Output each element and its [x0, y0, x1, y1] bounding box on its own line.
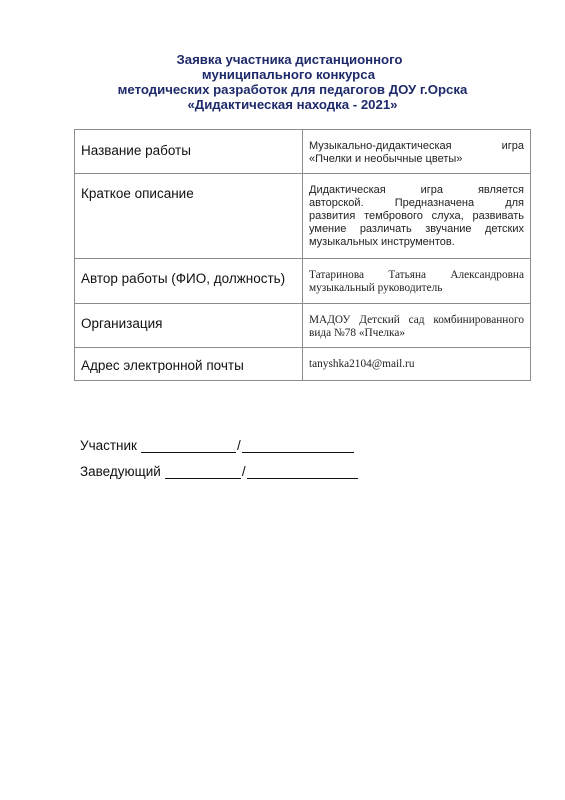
row-value-description: Дидактическая игра является авторской. П…	[303, 174, 531, 259]
row-label-email: Адрес электронной почты	[75, 348, 303, 381]
row-value-email: tanyshka2104@mail.ru	[303, 348, 531, 381]
document-title: Заявка участника дистанционного муниципа…	[0, 52, 565, 112]
document-page: Заявка участника дистанционного муниципа…	[0, 0, 565, 800]
signature-separator: /	[237, 438, 241, 453]
name-line	[242, 438, 354, 453]
table-row: Адрес электронной почты tanyshka2104@mai…	[75, 348, 531, 381]
row-value-organization: МАДОУ Детский сад комбинированного вида …	[303, 304, 531, 348]
table-row: Краткое описание Дидактическая игра явля…	[75, 174, 531, 259]
table-row: Организация МАДОУ Детский сад комбиниров…	[75, 304, 531, 348]
title-line: Заявка участника дистанционного	[0, 52, 565, 67]
signature-label: Участник	[80, 438, 137, 453]
name-line	[247, 464, 358, 479]
signature-row-head: Заведующий /	[80, 453, 358, 479]
row-value-work-title: Музыкально-дидактическая игра «Пчелки и …	[303, 130, 531, 174]
signature-block: Участник / Заведующий /	[80, 427, 358, 479]
title-line: методических разработок для педагогов ДО…	[0, 82, 565, 97]
signature-separator: /	[242, 464, 246, 479]
title-line: «Дидактическая находка - 2021»	[0, 97, 565, 112]
title-line: муниципального конкурса	[0, 67, 565, 82]
table-row: Название работы Музыкально-дидактическая…	[75, 130, 531, 174]
row-label-author: Автор работы (ФИО, должность)	[75, 259, 303, 304]
signature-line	[165, 464, 241, 479]
row-label-description: Краткое описание	[75, 174, 303, 259]
row-label-work-title: Название работы	[75, 130, 303, 174]
row-value-author: Татаринова Татьяна Александровна музыкал…	[303, 259, 531, 304]
signature-line	[141, 438, 236, 453]
application-form-table: Название работы Музыкально-дидактическая…	[74, 129, 531, 381]
row-label-organization: Организация	[75, 304, 303, 348]
table-row: Автор работы (ФИО, должность) Татаринова…	[75, 259, 531, 304]
signature-label: Заведующий	[80, 464, 161, 479]
signature-row-participant: Участник /	[80, 427, 358, 453]
